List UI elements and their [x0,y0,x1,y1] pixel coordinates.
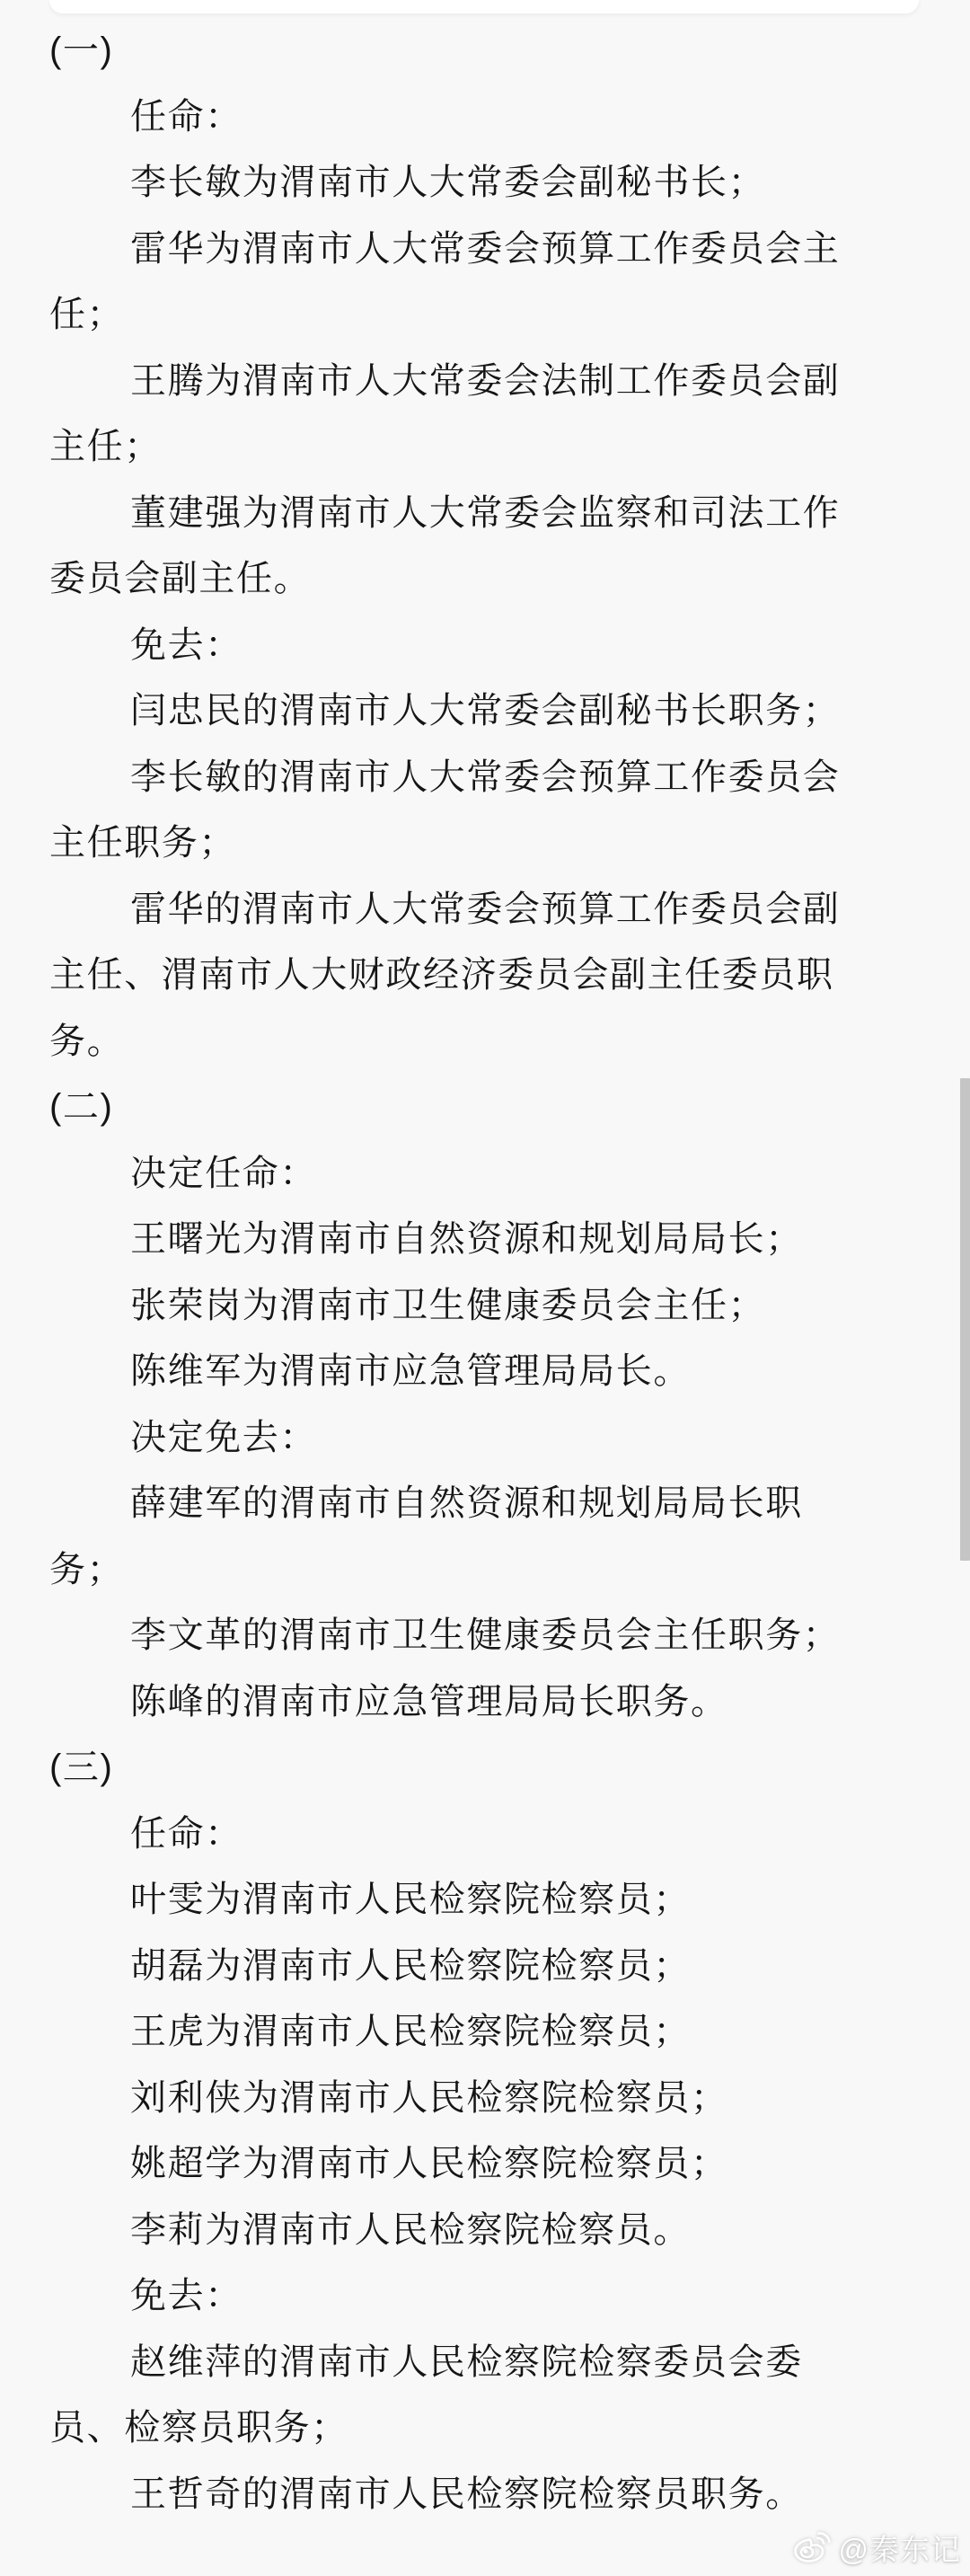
text-line: (二) [49,1075,934,1141]
weibo-logo-icon [793,2532,833,2564]
text-line: 姚超学为渭南市人民检察院检察员； [49,2131,934,2198]
text-line: 董建强为渭南市人大常委会监察和司法工作 [49,481,934,547]
text-line: 雷华为渭南市人大常委会预算工作委员会主 [49,217,934,283]
text-line: 李莉为渭南市人民检察院检察员。 [49,2198,934,2264]
text-line: 闫忠民的渭南市人大常委会副秘书长职务； [49,678,934,745]
announcement-text: (一)任命：李长敏为渭南市人大常委会副秘书长；雷华为渭南市人大常委会预算工作委员… [49,18,934,2527]
text-line: 李长敏为渭南市人大常委会副秘书长； [49,150,934,217]
text-line: (三) [49,1735,934,1801]
text-line: 王哲奇的渭南市人民检察院检察员职务。 [49,2462,934,2528]
text-line: 决定任命： [49,1141,934,1208]
announcement-page: (一)任命：李长敏为渭南市人大常委会副秘书长；雷华为渭南市人大常委会预算工作委员… [0,0,970,2576]
text-line: 员、检察员职务； [49,2395,934,2462]
text-line: 胡磊为渭南市人民检察院检察员； [49,1934,934,2000]
text-line: 主任职务； [49,810,934,877]
text-line: 务。 [49,1009,934,1076]
text-line: 赵维萍的渭南市人民检察院检察委员会委 [49,2330,934,2396]
text-line: 张荣岗为渭南市卫生健康委员会主任； [49,1273,934,1340]
text-line: 薛建军的渭南市自然资源和规划局局长职 [49,1471,934,1537]
watermark-handle: @秦东记 [839,2527,962,2569]
watermark: @秦东记 [793,2527,962,2569]
text-line: 任命： [49,84,934,151]
text-line: 主任、渭南市人大财政经济委员会副主任委员职 [49,943,934,1009]
text-line: 委员会副主任。 [49,546,934,613]
text-line: 务； [49,1537,934,1604]
text-line: 王曙光为渭南市自然资源和规划局局长； [49,1207,934,1273]
text-line: 李文革的渭南市卫生健康委员会主任职务； [49,1603,934,1669]
text-line: 主任； [49,414,934,481]
card-bottom-edge [49,0,919,13]
text-line: 免去： [49,613,934,679]
text-line: 陈峰的渭南市应急管理局局长职务。 [49,1669,934,1736]
text-line: 陈维军为渭南市应急管理局局长。 [49,1339,934,1405]
text-line: 王腾为渭南市人大常委会法制工作委员会副 [49,349,934,415]
text-line: 王虎为渭南市人民检察院检察员； [49,1999,934,2066]
text-line: 刘利侠为渭南市人民检察院检察员； [49,2066,934,2132]
text-line: 李长敏的渭南市人大常委会预算工作委员会 [49,745,934,811]
text-line: 雷华的渭南市人大常委会预算工作委员会副 [49,877,934,943]
text-line: (一) [49,18,934,84]
text-line: 任命： [49,1801,934,1868]
text-line: 叶雯为渭南市人民检察院检察员； [49,1867,934,1934]
text-line: 免去： [49,2263,934,2330]
text-line: 任； [49,282,934,349]
scrollbar-thumb[interactable] [960,1078,970,1561]
text-line: 决定免去： [49,1405,934,1472]
